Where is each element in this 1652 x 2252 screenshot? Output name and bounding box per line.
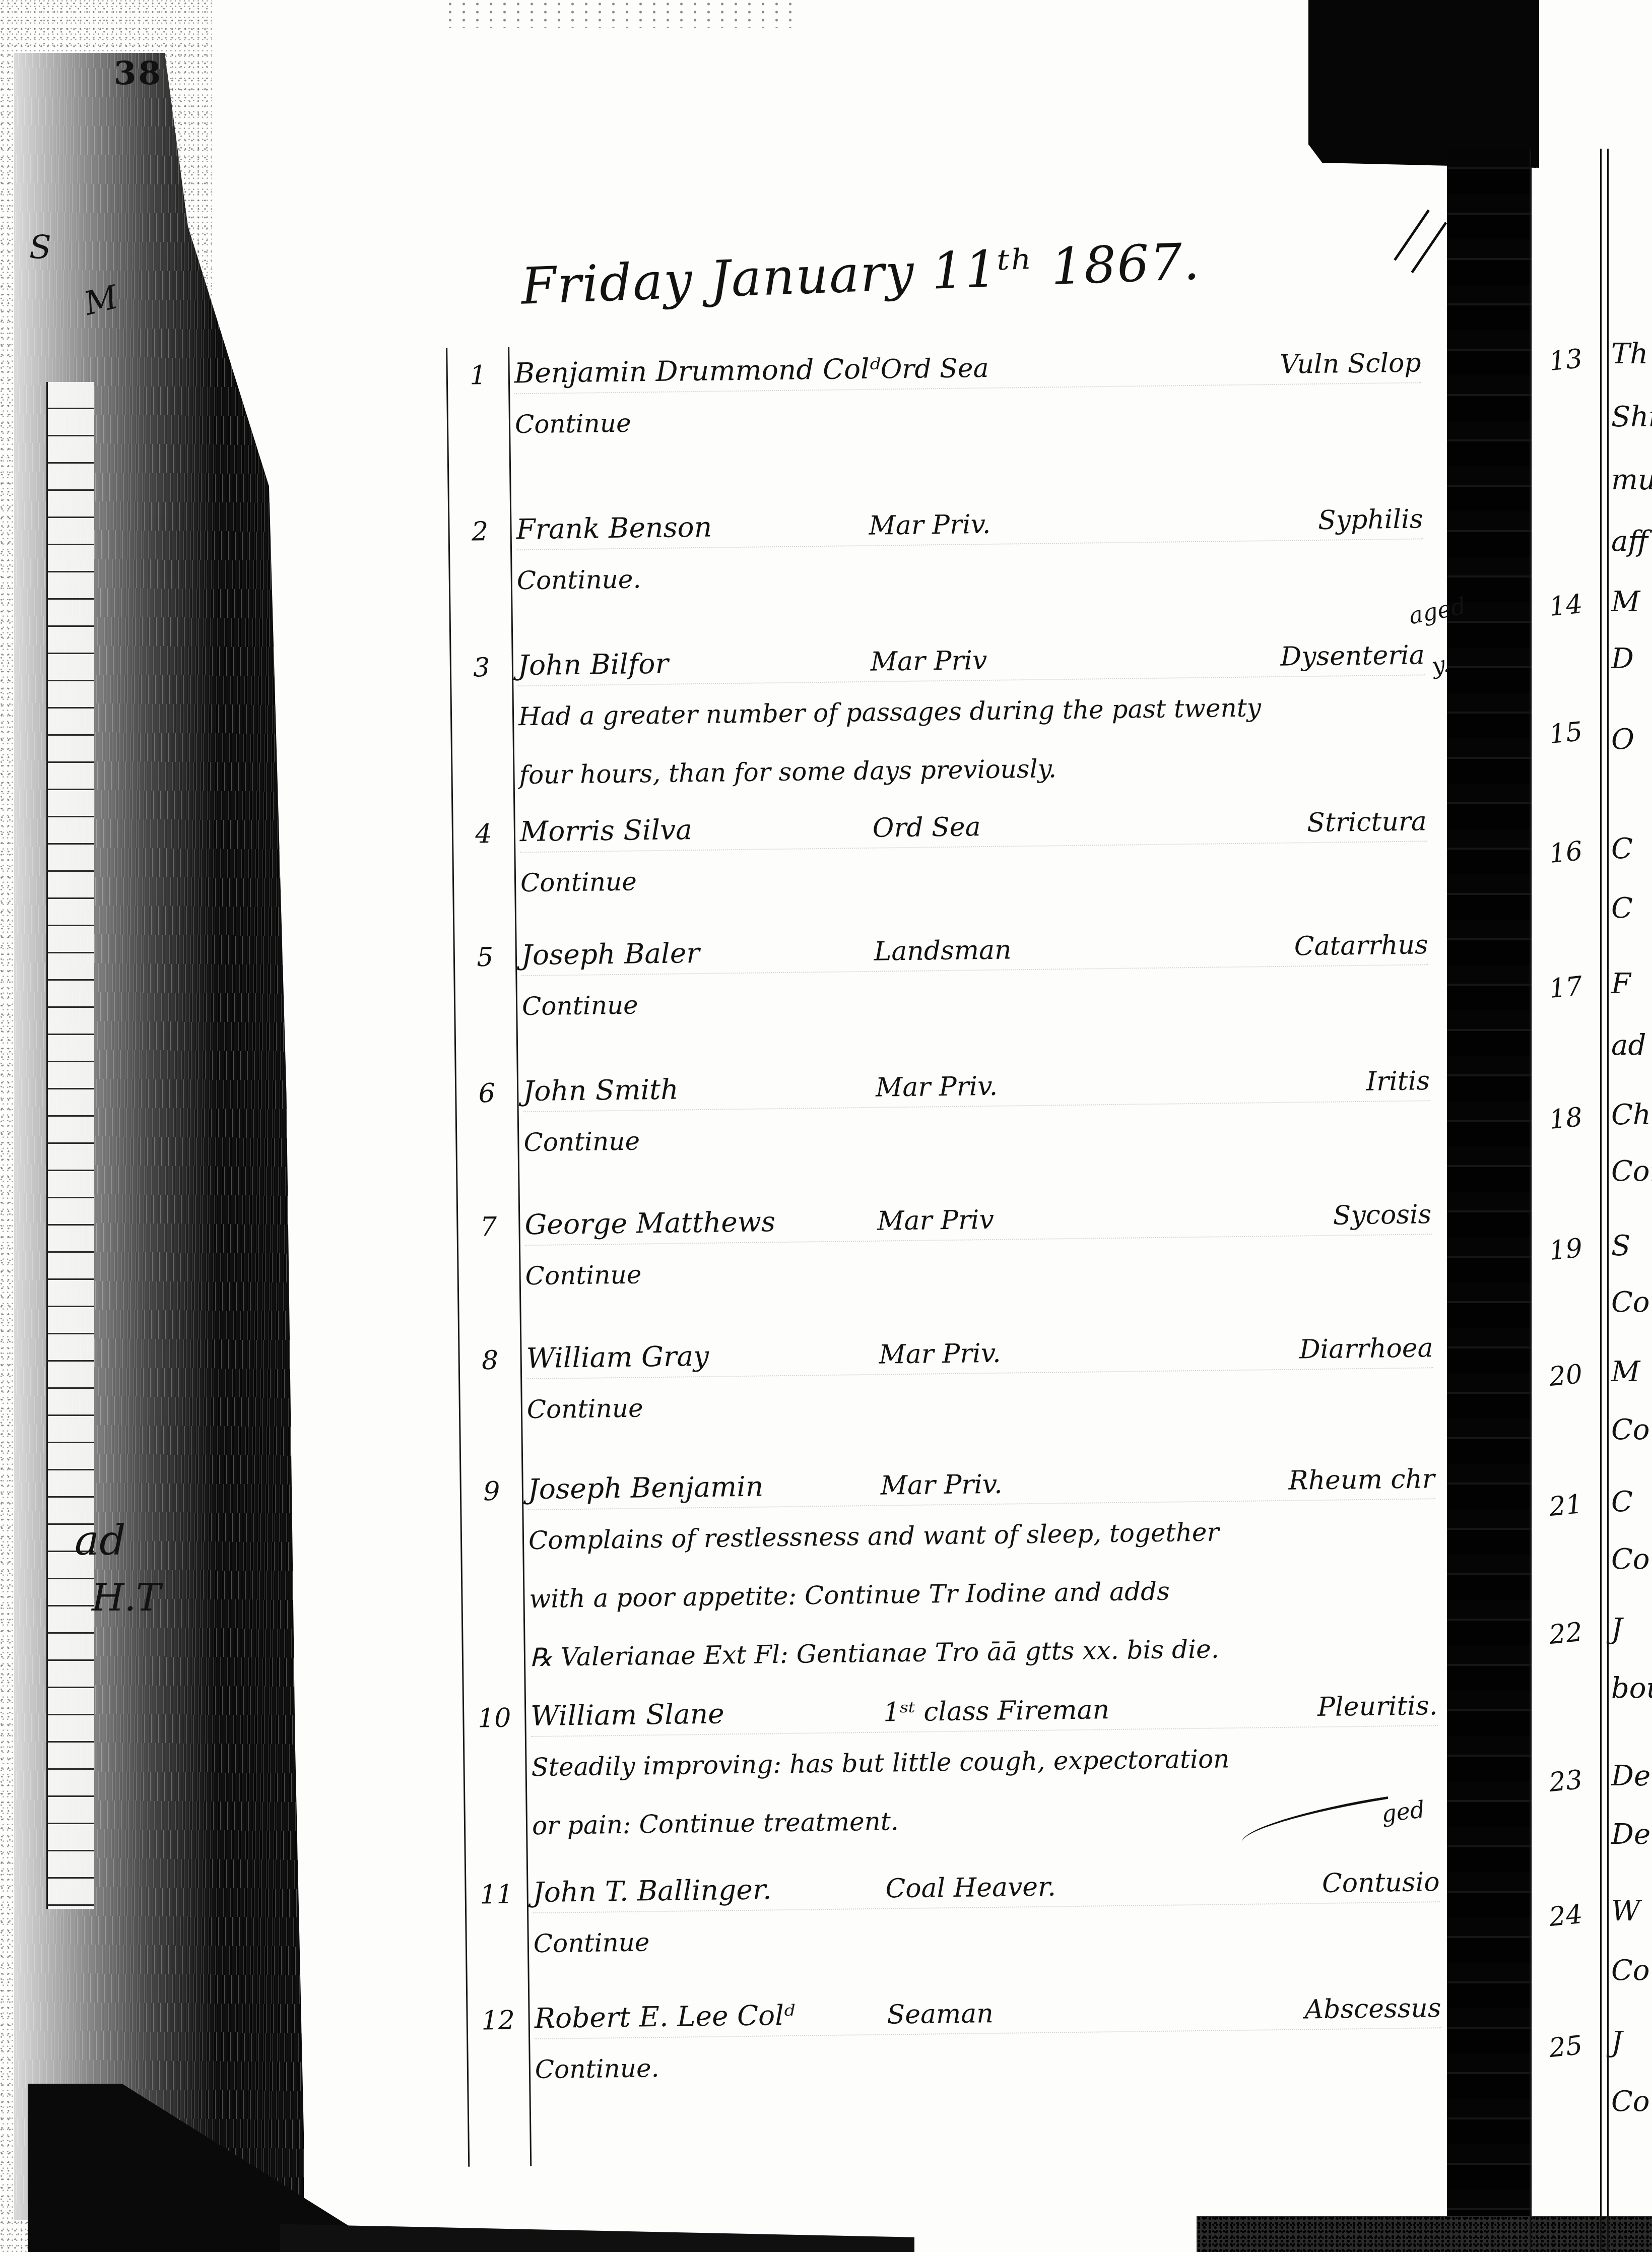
right-entry-fragment: W xyxy=(1611,1895,1652,1927)
right-page-number-rule-right xyxy=(1600,149,1602,2252)
right-entry-fragment: Shi xyxy=(1611,401,1652,433)
patient-rate: Mar Priv. xyxy=(879,1336,1161,1370)
right-entry-number: 23 xyxy=(1534,1763,1598,1799)
gutter-note: ged xyxy=(1380,1795,1426,1828)
entry-note-line: Continue xyxy=(514,385,1422,453)
right-entry-fragment: Co xyxy=(1611,1413,1652,1446)
right-entry-fragment: C xyxy=(1611,892,1652,925)
book-gutter-shadow xyxy=(1447,149,1532,2252)
right-entry-fragment: D xyxy=(1611,642,1652,675)
scan-noise-top xyxy=(443,0,796,28)
patient-disease: Diarrhoea xyxy=(1161,1333,1433,1367)
right-entry-number: 19 xyxy=(1534,1232,1598,1268)
patient-name: Benjamin Drummond Colᵈ xyxy=(514,352,881,389)
entry-number: 1 xyxy=(452,360,503,391)
patient-name: Joseph Benjamin xyxy=(527,1469,881,1506)
right-entry-number: 14 xyxy=(1534,588,1598,624)
patient-name: William Gray xyxy=(526,1338,879,1375)
patient-disease: Abscessus xyxy=(1169,1993,1441,2027)
patient-name: Robert E. Lee Colᵈ xyxy=(534,1998,887,2035)
entry-number: 12 xyxy=(473,2005,523,2036)
entry-note-line: Complains of restlessness and want of sl… xyxy=(528,1501,1435,1569)
scan-noise-bottom-right xyxy=(1197,2216,1652,2252)
right-entry-number: 16 xyxy=(1534,834,1598,871)
right-page-number-rule-left xyxy=(1530,149,1531,2252)
patient-name: George Matthews xyxy=(524,1204,878,1241)
entry-note-line: Had a greater number of passages during … xyxy=(518,677,1425,745)
entry-number: 2 xyxy=(454,517,505,547)
entry-number: 7 xyxy=(463,1212,514,1243)
patient-disease: Syphilis xyxy=(1151,504,1423,538)
patient-rate: Ord Sea xyxy=(880,351,1163,385)
entry-note-line: Continue. xyxy=(535,2030,1442,2098)
entry-number: 5 xyxy=(460,942,511,973)
right-entry-fragment: Co xyxy=(1611,1954,1652,1987)
right-entry-number: 17 xyxy=(1534,970,1598,1006)
patient-entry: 11 John T. Ballinger. Coal Heaver. Contu… xyxy=(533,1865,1440,1972)
date-header: Friday January 11ᵗʰ 1867. xyxy=(482,231,1239,317)
right-entry-fragment: M xyxy=(1611,586,1652,618)
patient-name: Frank Benson xyxy=(516,509,869,546)
patient-rate: Mar Priv. xyxy=(876,1069,1158,1103)
entry-note-line: with a poor appetite: Continue Tr Iodine… xyxy=(529,1560,1436,1627)
right-entry-number: 22 xyxy=(1534,1616,1598,1652)
patient-entries: 1 Benjamin Drummond Colᵈ Ord Sea Vuln Sc… xyxy=(511,134,1418,145)
right-entry-fragment: Ch xyxy=(1611,1099,1652,1131)
patient-rate: 1ˢᵗ class Fireman xyxy=(883,1694,1166,1728)
patient-rate: Ord Sea xyxy=(872,810,1155,844)
right-entry-number: 24 xyxy=(1534,1898,1598,1934)
entry-note-line: Continue xyxy=(521,967,1429,1035)
patient-name: John Bilfor xyxy=(517,645,871,682)
right-entry-fragment: ad xyxy=(1611,1029,1652,1062)
patient-entry: 12 Robert E. Lee Colᵈ Seaman Abscessus C… xyxy=(534,1991,1442,2098)
right-page-number-rule-right2 xyxy=(1607,149,1609,2252)
right-entry-fragment: Co xyxy=(1611,1286,1652,1319)
patient-entry: 9 Joseph Benjamin Mar Priv. Rheum chr Co… xyxy=(527,1462,1437,1686)
patient-rate: Mar Priv xyxy=(870,644,1153,677)
patient-name: William Slane xyxy=(531,1696,884,1732)
entry-number: 3 xyxy=(456,653,507,683)
patient-entry: 3 John Bilfor Mar Priv Dysenteria Had a … xyxy=(517,638,1426,803)
patient-name: Morris Silva xyxy=(519,811,873,848)
entry-note-line: Steadily improving: has but little cough… xyxy=(531,1728,1438,1795)
right-entry-fragment: aff xyxy=(1611,525,1652,558)
entry-number: 10 xyxy=(469,1703,520,1733)
patient-disease: Contusio xyxy=(1167,1867,1440,1901)
patient-disease: Rheum chr xyxy=(1162,1464,1435,1498)
entry-note-line: Continue. xyxy=(516,541,1424,609)
ruled-page-edge-strip xyxy=(46,382,94,1909)
page-bottom-shadow xyxy=(280,2213,914,2252)
patient-disease: Dysenteria xyxy=(1152,640,1425,674)
entry-number: 9 xyxy=(467,1476,517,1507)
right-entry-fragment: De xyxy=(1611,1760,1652,1792)
right-entry-fragment: mu xyxy=(1611,464,1652,496)
right-entry-fragment: S xyxy=(1611,1230,1652,1262)
entry-number: 4 xyxy=(458,819,509,850)
entry-note-line: four hours, than for some days previousl… xyxy=(519,736,1426,803)
patient-entry: 2 Frank Benson Mar Priv. Syphilis Contin… xyxy=(516,502,1424,609)
entry-note-line: Continue xyxy=(520,844,1427,911)
right-entry-number: 18 xyxy=(1534,1101,1598,1137)
entry-number: 11 xyxy=(471,1879,522,1910)
right-entry-fragment: C xyxy=(1611,1486,1652,1518)
patient-rate: Mar Priv. xyxy=(880,1467,1163,1501)
entry-note-line: Continue xyxy=(526,1370,1434,1438)
patient-entry: 1 Benjamin Drummond Colᵈ Ord Sea Vuln Sc… xyxy=(514,346,1422,453)
patient-disease: Sycosis xyxy=(1159,1199,1432,1233)
entry-note-line: Continue xyxy=(523,1103,1431,1171)
right-entry-fragment: Con xyxy=(1611,1155,1652,1188)
patient-entry: 6 John Smith Mar Priv. Iritis Continue xyxy=(523,1064,1431,1171)
patient-rate: Coal Heaver. xyxy=(885,1871,1168,1904)
right-entry-fragment: J xyxy=(1611,2026,1652,2058)
patient-rate: Seaman xyxy=(887,1997,1169,2030)
number-column-rule-left xyxy=(446,348,470,2167)
patient-name: John T. Ballinger. xyxy=(533,1872,886,1909)
patient-disease: Strictura xyxy=(1154,806,1427,840)
entry-note-line: Continue xyxy=(533,1904,1440,1972)
right-entry-number: 20 xyxy=(1534,1358,1598,1394)
patient-name: Joseph Baler xyxy=(521,935,874,972)
patient-disease: Catarrhus xyxy=(1156,930,1428,963)
patient-entry: 8 William Gray Mar Priv. Diarrhoea Conti… xyxy=(526,1331,1434,1438)
right-entry-fragment: O xyxy=(1611,723,1652,756)
patient-entry: 5 Joseph Baler Landsman Catarrhus Contin… xyxy=(521,928,1429,1035)
patient-entry: 4 Morris Silva Ord Sea Strictura Continu… xyxy=(519,804,1427,911)
right-entry-fragment: J xyxy=(1611,1613,1652,1645)
patient-rate: Landsman xyxy=(874,933,1156,967)
margin-fragment: ad xyxy=(75,1517,125,1565)
right-entry-number: 25 xyxy=(1534,2029,1598,2065)
right-entry-fragment: M xyxy=(1611,1356,1652,1388)
left-page: Friday January 11ᵗʰ 1867. 1 Benjamin Dru… xyxy=(270,134,1459,2194)
right-entry-number: 15 xyxy=(1534,715,1598,751)
hospital-log-scan: S M ad H.T 38 Friday January 11ᵗʰ 1867. … xyxy=(0,0,1652,2252)
right-entry-number: 13 xyxy=(1534,342,1598,378)
patient-entry: 7 George Matthews Mar Priv Sycosis Conti… xyxy=(524,1197,1432,1304)
entry-number: 8 xyxy=(465,1345,515,1376)
patient-disease: Pleuritis. xyxy=(1165,1691,1438,1724)
patient-disease: Vuln Sclop xyxy=(1162,348,1421,381)
entry-number: 6 xyxy=(461,1078,512,1109)
right-entry-fragment: De xyxy=(1611,1818,1652,1851)
right-entry-fragment: C xyxy=(1611,832,1652,865)
patient-name: John Smith xyxy=(523,1071,876,1108)
right-entry-fragment: Co xyxy=(1611,1543,1652,1576)
entry-note-line: Continue xyxy=(525,1237,1432,1304)
patient-rate: Mar Priv. xyxy=(869,507,1151,541)
right-entry-number: 21 xyxy=(1534,1488,1598,1524)
right-entry-fragment: Th xyxy=(1611,338,1652,370)
right-entry-fragment: Co xyxy=(1611,2085,1652,2118)
right-entry-fragment: F xyxy=(1611,968,1652,1000)
patient-rate: Mar Priv xyxy=(877,1203,1160,1237)
right-entry-fragment: bou xyxy=(1611,1672,1652,1705)
margin-fragment: S xyxy=(29,229,51,267)
entry-note-line: ℞ Valerianae Ext Fl: Gentianae Tro āā gt… xyxy=(530,1618,1437,1686)
page-number: 38 xyxy=(114,54,163,92)
margin-fragment: H.T xyxy=(92,1576,161,1620)
patient-disease: Iritis xyxy=(1158,1066,1430,1100)
